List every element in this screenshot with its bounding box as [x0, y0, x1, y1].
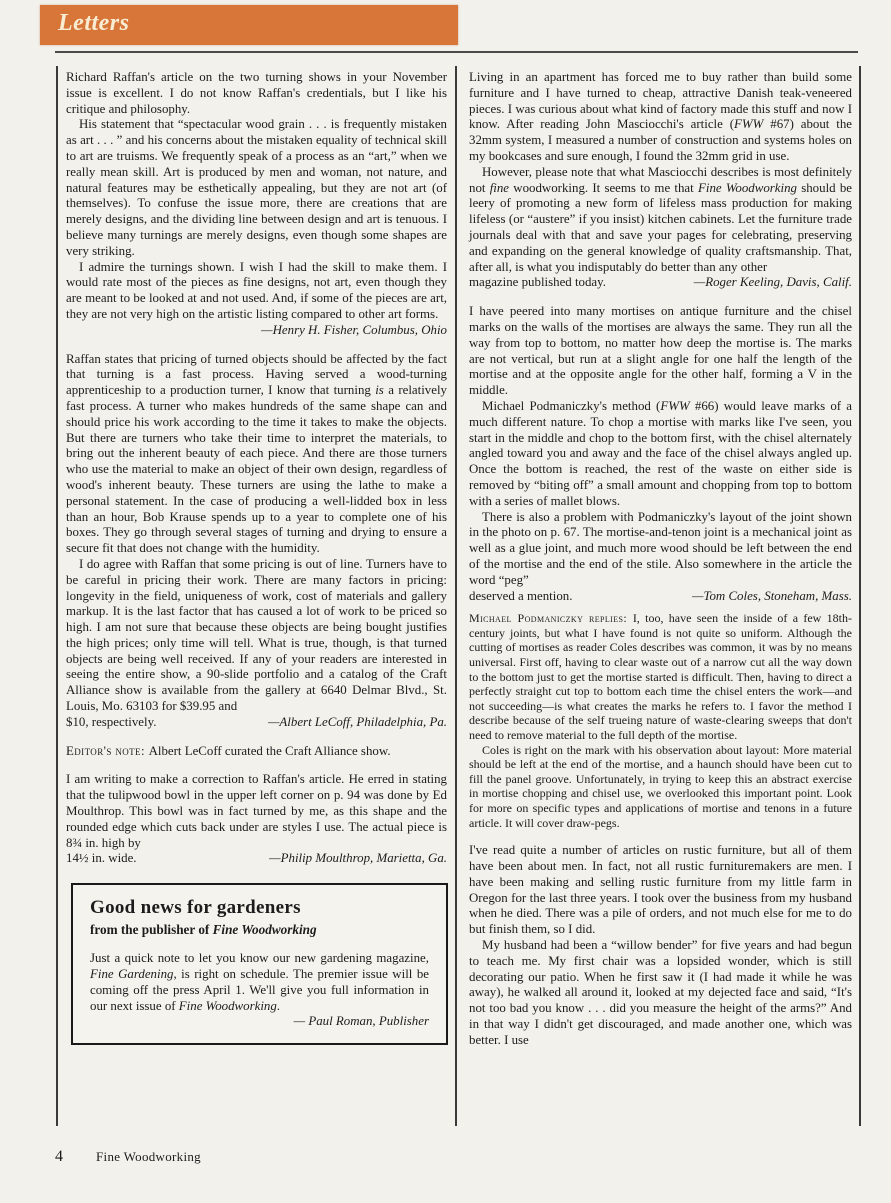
letter-paragraph: There is also a problem with Podmaniczky… — [469, 510, 852, 589]
text-segment: I admire the turnings shown. I wish I ha… — [66, 260, 447, 321]
closing-text: $10, respectively. — [66, 715, 156, 731]
text-segment: My husband had been a “willow bender” fo… — [469, 938, 852, 1047]
page-number: 4 — [55, 1148, 63, 1166]
signature-text: —Tom Coles, Stoneham, Mass. — [692, 589, 852, 605]
letter-paragraph: My husband had been a “willow bender” fo… — [469, 938, 852, 1049]
letter-closing-line: 14½ in. wide.—Philip Moulthrop, Marietta… — [66, 851, 447, 867]
right-column-letters: Living in an apartment has forced me to … — [469, 70, 852, 1049]
letter-paragraph: His statement that “spectacular wood gra… — [66, 117, 447, 259]
letter-separator — [66, 731, 447, 744]
text-segment: I, too, have seen the inside of a few 18… — [469, 611, 852, 742]
letter-paragraph: Richard Raffan's article on the two turn… — [66, 70, 447, 117]
letter-paragraph: However, please note that what Masciocch… — [469, 165, 852, 276]
text-segment: I do agree with Raffan that some pricing… — [66, 557, 447, 713]
letter-paragraph: Living in an apartment has forced me to … — [469, 70, 852, 165]
letter-paragraph: Just a quick note to let you know our ne… — [90, 951, 429, 1014]
header-rule — [55, 51, 858, 53]
closing-text: deserved a mention. — [469, 589, 572, 605]
section-banner: Letters — [40, 5, 458, 45]
signature-text: —Roger Keeling, Davis, Calif. — [694, 275, 852, 291]
letter-paragraph: I have peered into many mortises on anti… — [469, 304, 852, 399]
text-segment: a relatively fast process. A turner who … — [66, 383, 447, 555]
text-segment: Fine Woodworking — [213, 922, 317, 937]
right-column: Living in an apartment has forced me to … — [469, 70, 852, 1049]
left-column-letters: Richard Raffan's article on the two turn… — [66, 70, 447, 867]
text-segment: I've read quite a number of articles on … — [469, 843, 852, 936]
text-segment: . — [277, 999, 280, 1013]
gardeners-box-subtitle: from the publisher of Fine Woodworking — [90, 922, 429, 938]
closing-text: 14½ in. wide. — [66, 851, 137, 867]
column-rule-right — [859, 66, 861, 1126]
letter-paragraph: I do agree with Raffan that some pricing… — [66, 557, 447, 715]
letter-separator — [66, 339, 447, 352]
text-segment: I have peered into many mortises on anti… — [469, 304, 852, 397]
gardeners-box-body: Just a quick note to let you know our ne… — [90, 951, 429, 1030]
text-segment: Fine Gardening — [90, 967, 173, 981]
signature-text: —Albert LeCoff, Philadelphia, Pa. — [268, 715, 447, 731]
text-segment: Coles is right on the mark with his obse… — [469, 743, 852, 830]
text-segment: FWW — [734, 117, 763, 131]
text-segment: Fine Woodworking — [698, 181, 797, 195]
letter-paragraph: Raffan states that pricing of turned obj… — [66, 352, 447, 557]
signature-text: — Paul Roman, Publisher — [294, 1014, 429, 1028]
text-segment: Michael Podmaniczky's method ( — [482, 399, 660, 413]
letter-closing-line: $10, respectively.—Albert LeCoff, Philad… — [66, 715, 447, 731]
letter-signature: — Paul Roman, Publisher — [90, 1014, 429, 1030]
text-segment: Fine Woodworking — [179, 999, 277, 1013]
text-segment: woodworking. It seems to me that — [509, 181, 698, 195]
page-footer: 4 Fine Woodworking — [55, 1148, 201, 1166]
text-segment: #66) would leave marks of a much differe… — [469, 399, 852, 508]
letter-separator — [469, 604, 852, 611]
letter-signature: —Henry H. Fisher, Columbus, Ohio — [66, 323, 447, 339]
letter-paragraph: Michael Podmaniczky's method (FWW #66) w… — [469, 399, 852, 510]
text-segment: There is also a problem with Podmaniczky… — [469, 510, 852, 587]
letter-separator — [469, 830, 852, 843]
letter-closing-line: deserved a mention.—Tom Coles, Stoneham,… — [469, 589, 852, 605]
left-column: Richard Raffan's article on the two turn… — [66, 70, 447, 1045]
gardeners-box: Good news for gardeners from the publish… — [71, 883, 448, 1045]
letter-paragraph: I've read quite a number of articles on … — [469, 843, 852, 938]
signature-text: —Henry H. Fisher, Columbus, Ohio — [261, 323, 447, 337]
text-segment: His statement that “spectacular wood gra… — [66, 117, 447, 257]
gardeners-box-title: Good news for gardeners — [90, 897, 429, 919]
author-reply: Michael Podmaniczky replies: I, too, hav… — [469, 611, 852, 742]
signature-text: —Philip Moulthrop, Marietta, Ga. — [269, 851, 447, 867]
text-segment: Michael Podmaniczky replies: — [469, 611, 633, 625]
editors-note: Editor's note: Albert LeCoff curated the… — [66, 744, 447, 760]
magazine-title: Fine Woodworking — [96, 1149, 201, 1165]
text-segment: FWW — [660, 399, 689, 413]
closing-text: magazine published today. — [469, 275, 606, 291]
text-segment: fine — [490, 181, 509, 195]
author-reply: Coles is right on the mark with his obse… — [469, 743, 852, 831]
text-segment: I am writing to make a correction to Raf… — [66, 772, 447, 849]
letter-paragraph: I admire the turnings shown. I wish I ha… — [66, 260, 447, 323]
text-segment: Albert LeCoff curated the Craft Alliance… — [149, 744, 391, 758]
section-title: Letters — [40, 10, 129, 40]
text-segment: Richard Raffan's article on the two turn… — [66, 70, 447, 116]
letter-separator — [469, 291, 852, 304]
text-segment: is — [375, 383, 384, 397]
letter-separator — [66, 759, 447, 772]
text-segment: from the publisher of — [90, 922, 213, 937]
magazine-page: Letters Richard Raffan's article on the … — [0, 0, 891, 1203]
column-rule-left — [56, 66, 58, 1126]
letter-closing-line: magazine published today.—Roger Keeling,… — [469, 275, 852, 291]
letter-paragraph: I am writing to make a correction to Raf… — [66, 772, 447, 851]
text-segment: Just a quick note to let you know our ne… — [90, 951, 429, 965]
column-rule-center — [455, 66, 457, 1126]
text-segment: Editor's note: — [66, 744, 149, 758]
